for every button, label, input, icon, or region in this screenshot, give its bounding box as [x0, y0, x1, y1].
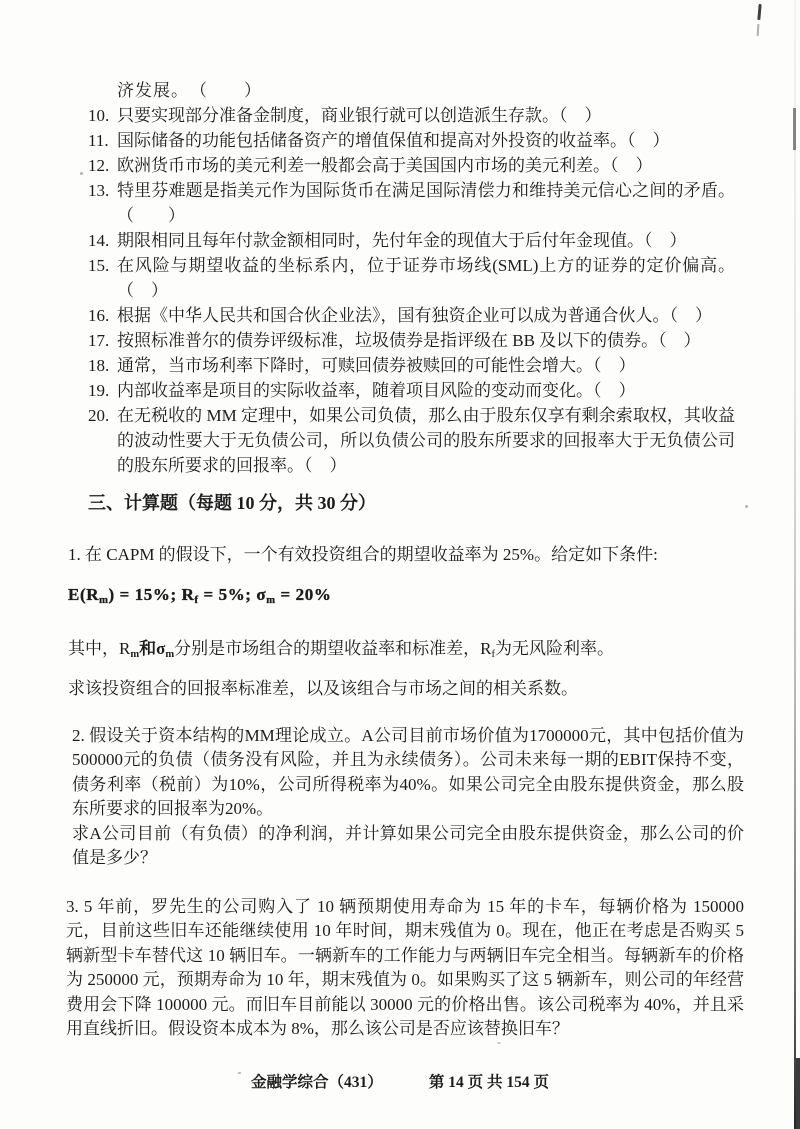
- q1-note: 其中，Rm和σm分别是市场组合的期望收益率和标准差，Rf为无风险利率。: [68, 636, 742, 668]
- item-text: 在无税收的 MM 定理中，如果公司负债，那么由于股东仅享有剩余索取权，其收益的波…: [117, 403, 735, 478]
- scan-edge-line: [794, 0, 796, 1129]
- item-number: 13.: [88, 178, 117, 228]
- formula-segment: E(R: [68, 585, 99, 604]
- scan-dash-mark: [757, 24, 760, 36]
- item-text: 只要实现部分准备金制度，商业银行就可以创造派生存款。（ ）: [117, 103, 735, 128]
- item-text: 期限相同且每年付款金额相同时，先付年金的现值大于后付年金现值。（ ）: [117, 228, 735, 253]
- item-text: 按照标准普尔的债券评级标准，垃圾债券是指评级在 BB 及以下的债券。（ ）: [117, 328, 735, 353]
- true-false-list: 10. 只要实现部分准备金制度，商业银行就可以创造派生存款。（ ） 11. 国际…: [88, 103, 735, 478]
- formula-segment: ) = 15%; R: [108, 585, 194, 604]
- tf-item-12: 12. 欧洲货币市场的美元利差一般都会高于美国国内市场的美元利差。（ ）: [88, 153, 735, 178]
- note-segment: 为无风险利率。: [495, 639, 614, 658]
- footer-page-indicator: 第 14 页 共 154 页: [429, 1070, 549, 1096]
- item-text: 在风险与期望收益的坐标系内，位于证券市场线(SML)上方的证券的定价偏高。（ ）: [117, 253, 735, 303]
- scan-speck: [80, 172, 83, 175]
- tf-item-17: 17. 按照标准普尔的债券评级标准，垃圾债券是指评级在 BB 及以下的债券。（ …: [88, 328, 735, 353]
- q1-task: 求该投资组合的回报率标准差，以及该组合与市场之间的相关系数。: [68, 676, 742, 702]
- item-text: 通常，当市场利率下降时，可赎回债券被赎回的可能性会增大。（ ）: [117, 353, 735, 378]
- item-text: 欧洲货币市场的美元利差一般都会高于美国国内市场的美元利差。（ ）: [117, 153, 735, 178]
- item-number: 20.: [88, 403, 117, 478]
- item-number: 17.: [88, 328, 117, 353]
- scan-speck: [497, 1042, 501, 1044]
- scan-speck: [745, 505, 748, 508]
- tf-item-11: 11. 国际储备的功能包括储备资产的增值保值和提高对外投资的收益率。（ ）: [88, 128, 735, 153]
- note-subscript: m: [165, 649, 174, 660]
- note-segment: 其中，R: [68, 639, 130, 658]
- section-heading: 三、计算题（每题 10 分，共 30 分）: [88, 490, 740, 516]
- item-number: 10.: [88, 103, 117, 128]
- tf-item-14: 14. 期限相同且每年付款金额相同时，先付年金的现值大于后付年金现值。（ ）: [88, 228, 735, 253]
- q2-task: 求A公司目前（有负债）的净利润，并计算如果公司完全由股东提供资金，那么公司的价值…: [72, 822, 744, 871]
- q3-paragraph: 3. 5 年前，罗先生的公司购入了 10 辆预期使用寿命为 15 年的卡车，每辆…: [66, 895, 744, 1042]
- exam-page-scan: 济发展。 （ ） 10. 只要实现部分准备金制度，商业银行就可以创造派生存款。（…: [0, 0, 800, 1129]
- item-number: 19.: [88, 378, 117, 403]
- tf-item-19: 19. 内部收益率是项目的实际收益率，随着项目风险的变动而变化。（ ）: [88, 378, 735, 403]
- item-number: 15.: [88, 253, 117, 303]
- carryover-line: 济发展。 （ ）: [117, 0, 735, 103]
- scan-dash-mark: [793, 108, 796, 150]
- item-number: 14.: [88, 228, 117, 253]
- item-number: 16.: [88, 303, 117, 328]
- tf-item-10: 10. 只要实现部分准备金制度，商业银行就可以创造派生存款。（ ）: [88, 103, 735, 128]
- tf-item-16: 16. 根据《中华人民共和国合伙企业法》，国有独资企业可以成为普通合伙人。（ ）: [88, 303, 735, 328]
- note-segment: 和σ: [139, 639, 165, 658]
- note-subscript: m: [130, 649, 139, 660]
- item-text: 国际储备的功能包括储备资产的增值保值和提高对外投资的收益率。（ ）: [117, 128, 735, 153]
- item-text: 特里芬难题是指美元作为国际货币在满足国际清偿力和维持美元信心之间的矛盾。 （ ）: [117, 178, 735, 228]
- formula-segment: = 20%: [276, 585, 332, 604]
- q1-formula: E(Rm) = 15%; Rf = 5%; σm = 20%: [68, 582, 742, 614]
- item-number: 18.: [88, 353, 117, 378]
- tf-item-20: 20. 在无税收的 MM 定理中，如果公司负债，那么由于股东仅享有剩余索取权，其…: [88, 403, 735, 478]
- tf-item-15: 15. 在风险与期望收益的坐标系内，位于证券市场线(SML)上方的证券的定价偏高…: [88, 253, 735, 303]
- scan-dash-mark: [757, 4, 761, 20]
- tf-item-13: 13. 特里芬难题是指美元作为国际货币在满足国际清偿力和维持美元信心之间的矛盾。…: [88, 178, 735, 228]
- footer-course-title: 金融学综合（431）: [251, 1070, 383, 1096]
- item-number: 11.: [88, 128, 117, 153]
- note-segment: 分别是市场组合的期望收益率和标准差，R: [174, 639, 491, 658]
- tf-item-18: 18. 通常，当市场利率下降时，可赎回债券被赎回的可能性会增大。（ ）: [88, 353, 735, 378]
- item-text: 内部收益率是项目的实际收益率，随着项目风险的变动而变化。（ ）: [117, 378, 735, 403]
- q1-intro: 1. 在 CAPM 的假设下，一个有效投资组合的期望收益率为 25%。给定如下条…: [68, 542, 742, 568]
- formula-segment: = 5%; σ: [199, 585, 267, 604]
- item-text: 根据《中华人民共和国合伙企业法》，国有独资企业可以成为普通合伙人。（ ）: [117, 303, 735, 328]
- item-number: 12.: [88, 153, 117, 178]
- q2-paragraph: 2. 假设关于资本结构的MM理论成立。A公司目前市场价值为1700000元，其中…: [72, 724, 744, 822]
- formula-subscript: m: [266, 595, 275, 606]
- page-footer: 金融学综合（431） 第 14 页 共 154 页: [0, 1070, 800, 1096]
